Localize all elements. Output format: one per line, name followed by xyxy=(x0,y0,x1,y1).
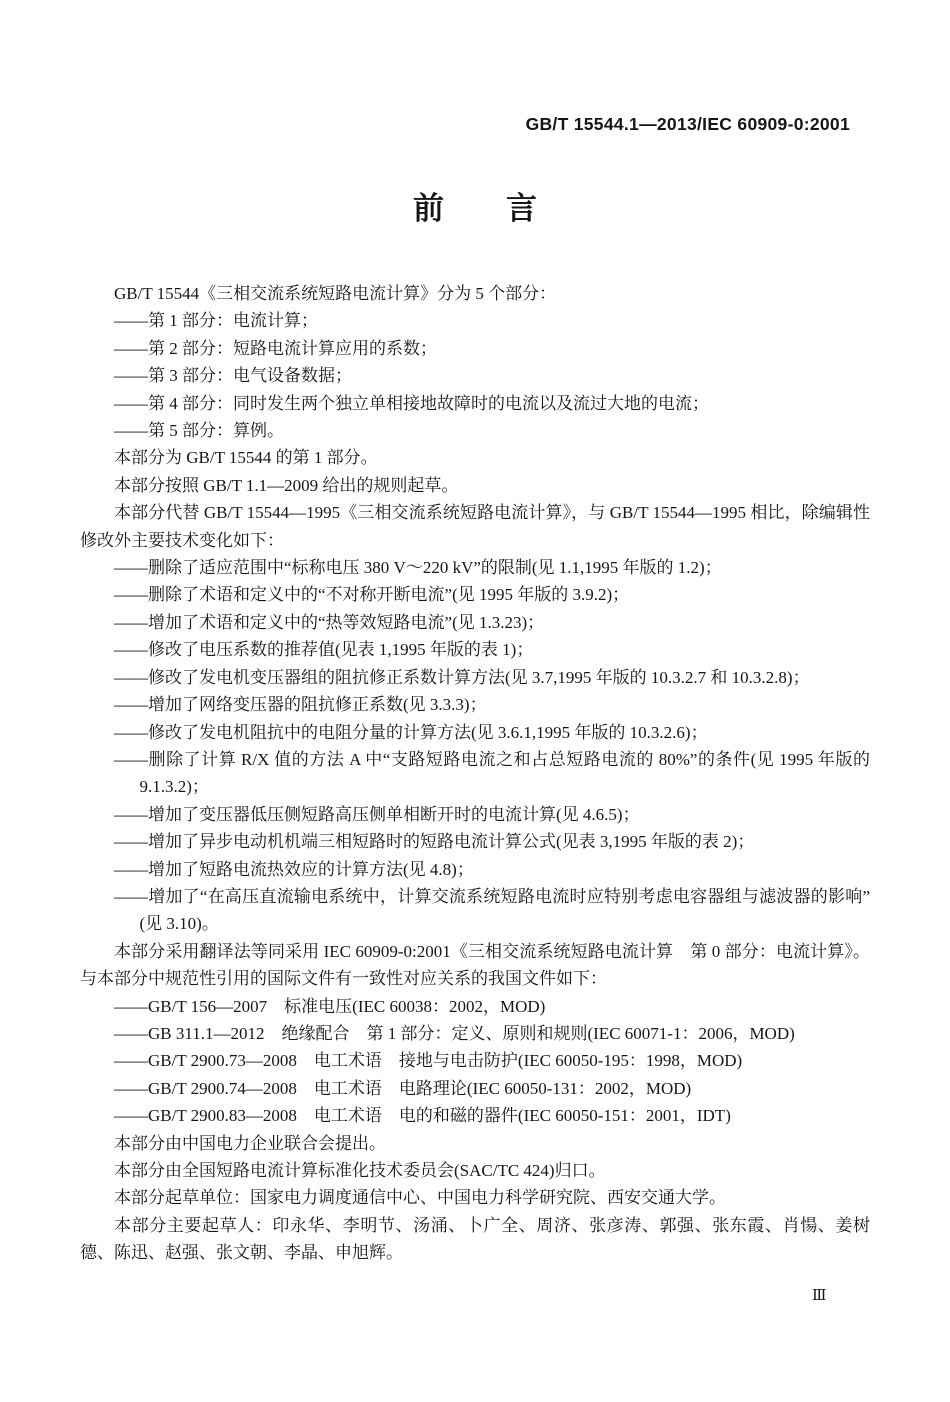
dash-list-item: ——增加了变压器低压侧短路高压侧单相断开时的电流计算(见 4.6.5)； xyxy=(80,801,870,828)
paragraph: 本部分采用翻译法等同采用 IEC 60909-0:2001《三相交流系统短路电流… xyxy=(80,938,870,993)
dash-list-item: ——修改了发电机变压器组的阻抗修正系数计算方法(见 3.7,1995 年版的 1… xyxy=(80,664,870,691)
paragraph: 本部分按照 GB/T 1.1—2009 给出的规则起草。 xyxy=(80,472,870,499)
paragraph: 本部分起草单位：国家电力调度通信中心、中国电力科学研究院、西安交通大学。 xyxy=(80,1184,870,1211)
dash-list-item: ——GB/T 2900.83—2008 电工术语 电的和磁的器件(IEC 600… xyxy=(80,1102,870,1129)
paragraph: 本部分由全国短路电流计算标准化技术委员会(SAC/TC 424)归口。 xyxy=(80,1157,870,1184)
dash-list-item: ——第 3 部分：电气设备数据； xyxy=(80,362,870,389)
dash-list-item: ——删除了术语和定义中的“不对称开断电流”(见 1995 年版的 3.9.2)； xyxy=(80,581,870,608)
standard-number-header: GB/T 15544.1—2013/IEC 60909-0:2001 xyxy=(526,114,850,135)
dash-list-item: ——增加了异步电动机机端三相短路时的短路电流计算公式(见表 3,1995 年版的… xyxy=(80,828,870,855)
document-page: GB/T 15544.1—2013/IEC 60909-0:2001 前 言 G… xyxy=(0,0,950,1402)
dash-list-item: ——增加了术语和定义中的“热等效短路电流”(见 1.3.23)； xyxy=(80,609,870,636)
dash-list-item: ——修改了电压系数的推荐值(见表 1,1995 年版的表 1)； xyxy=(80,636,870,663)
page-title: 前 言 xyxy=(0,183,950,228)
dash-list-item: ——修改了发电机阻抗中的电阻分量的计算方法(见 3.6.1,1995 年版的 1… xyxy=(80,719,870,746)
dash-list-item: ——增加了短路电流热效应的计算方法(见 4.8)； xyxy=(80,856,870,883)
dash-list-item: ——第 1 部分：电流计算； xyxy=(80,307,870,334)
dash-list-item: ——GB/T 156—2007 标准电压(IEC 60038：2002，MOD) xyxy=(80,993,870,1020)
dash-list-item: ——第 5 部分：算例。 xyxy=(80,417,870,444)
page-number: Ⅲ xyxy=(812,1286,826,1305)
dash-list-item: ——GB/T 2900.73—2008 电工术语 接地与电击防护(IEC 600… xyxy=(80,1047,870,1074)
dash-list-item: ——第 4 部分：同时发生两个独立单相接地故障时的电流以及流过大地的电流； xyxy=(80,390,870,417)
dash-list-item: ——删除了计算 R/X 值的方法 A 中“支路短路电流之和占总短路电流的 80%… xyxy=(80,746,870,801)
paragraph: 本部分为 GB/T 15544 的第 1 部分。 xyxy=(80,444,870,471)
dash-list-item: ——GB 311.1—2012 绝缘配合 第 1 部分：定义、原则和规则(IEC… xyxy=(80,1020,870,1047)
paragraph: 本部分主要起草人：印永华、李明节、汤涌、卜广全、周济、张彦涛、郭强、张东霞、肖愓… xyxy=(80,1212,870,1267)
dash-list-item: ——GB/T 2900.74—2008 电工术语 电路理论(IEC 60050-… xyxy=(80,1075,870,1102)
paragraph: 本部分由中国电力企业联合会提出。 xyxy=(80,1130,870,1157)
paragraph: GB/T 15544《三相交流系统短路电流计算》分为 5 个部分： xyxy=(80,280,870,307)
document-body: GB/T 15544《三相交流系统短路电流计算》分为 5 个部分：——第 1 部… xyxy=(80,280,870,1267)
dash-list-item: ——增加了网络变压器的阻抗修正系数(见 3.3.3)； xyxy=(80,691,870,718)
paragraph: 本部分代替 GB/T 15544—1995《三相交流系统短路电流计算》，与 GB… xyxy=(80,499,870,554)
dash-list-item: ——增加了“在高压直流输电系统中，计算交流系统短路电流时应特别考虑电容器组与滤波… xyxy=(80,883,870,938)
dash-list-item: ——删除了适应范围中“标称电压 380 V～220 kV”的限制(见 1.1,1… xyxy=(80,554,870,581)
dash-list-item: ——第 2 部分：短路电流计算应用的系数； xyxy=(80,335,870,362)
